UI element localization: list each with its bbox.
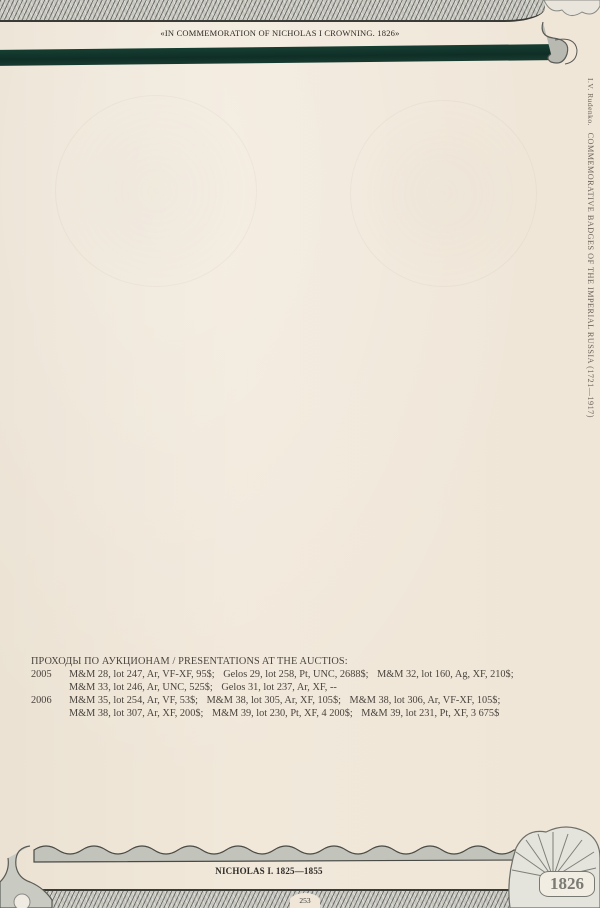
auction-line: M&M 28, lot 247, Ar, VF-XF, 95$; Gelos 2…: [69, 668, 571, 681]
spine-running-title: I.V. Rudenko. COMMEMORATIVE BADGES OF TH…: [586, 78, 595, 418]
auction-entry: Gelos 31, lot 237, Ar, XF, --: [221, 682, 336, 693]
auction-year-row: 2005 M&M 28, lot 247, Ar, VF-XF, 95$; Ge…: [31, 668, 571, 694]
spine-author: I.V. Rudenko.: [586, 78, 595, 126]
auctions-heading: ПРОХОДЫ ПО АУКЦИОНАМ / PRESENTATIONS AT …: [31, 655, 571, 668]
auction-entry: M&M 38, lot 307, Ar, XF, 200$;: [69, 708, 203, 719]
year-badge: 1826: [539, 871, 595, 897]
header-cloud-ornament-icon: [540, 0, 600, 20]
footer-guilloche-border: [30, 889, 520, 908]
coin-impression-reverse: [350, 100, 537, 287]
footer-scroll-ornament-icon: [0, 842, 60, 908]
header-green-band: [0, 44, 552, 66]
book-page: «IN COMMEMORATION OF NICHOLAS I CROWNING…: [0, 0, 600, 908]
auction-line: M&M 35, lot 254, Ar, VF, 53$; M&M 38, lo…: [69, 694, 571, 707]
auction-entry: M&M 39, lot 230, Pt, XF, 4 200$;: [212, 708, 353, 719]
auction-entry: M&M 38, lot 305, Ar, XF, 105$;: [207, 695, 341, 706]
page-header-title: «IN COMMEMORATION OF NICHOLAS I CROWNING…: [0, 28, 560, 38]
auction-line: M&M 38, lot 307, Ar, XF, 200$; M&M 39, l…: [69, 707, 571, 720]
auction-year-row: 2006 M&M 35, lot 254, Ar, VF, 53$; M&M 3…: [31, 694, 571, 720]
coin-impression-obverse: [55, 95, 257, 287]
spine-book-title: COMMEMORATIVE BADGES OF THE IMPERIAL RUS…: [586, 133, 595, 418]
auction-line: M&M 33, lot 246, Ar, UNC, 525$; Gelos 31…: [69, 681, 571, 694]
auction-entry: M&M 39, lot 231, Pt, XF, 3 675$: [361, 708, 499, 719]
auction-entry: M&M 35, lot 254, Ar, VF, 53$;: [69, 695, 198, 706]
auction-entry: M&M 28, lot 247, Ar, VF-XF, 95$;: [69, 669, 215, 680]
auction-entry: M&M 33, lot 246, Ar, UNC, 525$;: [69, 682, 213, 693]
auction-entry: M&M 32, lot 160, Ag, XF, 210$;: [377, 669, 513, 680]
header-scroll-ornament-icon: [537, 18, 583, 70]
page-number: 253: [290, 893, 320, 908]
auction-year: 2005: [31, 668, 69, 694]
auction-entry: Gelos 29, lot 258, Pt, UNC, 2688$;: [223, 669, 368, 680]
footer-chapter-title: NICHOLAS I. 1825—1855: [34, 866, 504, 876]
header-guilloche-border: [0, 0, 545, 22]
auction-year: 2006: [31, 694, 69, 720]
auction-entry: M&M 38, lot 306, Ar, VF-XF, 105$;: [350, 695, 501, 706]
auction-presentations: ПРОХОДЫ ПО АУКЦИОНАМ / PRESENTATIONS AT …: [31, 655, 571, 720]
